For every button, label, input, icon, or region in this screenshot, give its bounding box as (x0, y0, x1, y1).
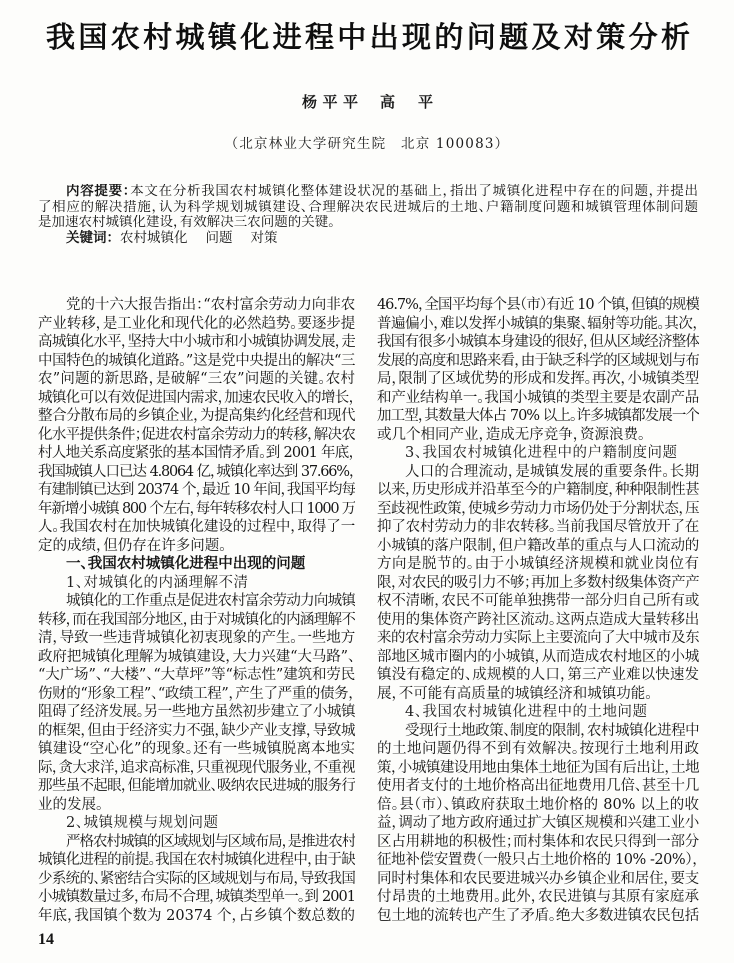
text-line: 产业转移，是工业化和现代化的必然趋势。要逐步提 (38, 315, 355, 334)
text-line: 小城镇的落户限制，但户籍改革的重点与人口流动的 (377, 537, 699, 556)
abstract-line: 了相应的解决措施，认为科学规划城镇建设、合理解决农民进城后的土地、户籍制度问题和… (38, 200, 698, 216)
text-line: 城镇化进程的前提。我国在农村城镇化进程中，由于缺 (38, 851, 355, 870)
keyword: 农村城镇化 (120, 230, 188, 246)
text-line: 伤财的“形象工程”、“政绩工程”，产生了严重的债务， (38, 685, 355, 704)
subsection-heading: 1、对城镇化的内涵理解不清 (38, 574, 355, 593)
text-line: 我国城镇人口已达 4.8064 亿，城镇化率达到 37.66%， (38, 463, 355, 482)
text-line: 我国有很多小城镇本身建设的很好，但从区域经济整体 (377, 333, 699, 352)
left-column: 党的十六大报告指出：“农村富余劳动力向非农 产业转移，是工业化和现代化的必然趋势… (38, 296, 355, 925)
text-line: 党的十六大报告指出：“农村富余劳动力向非农 (38, 296, 355, 315)
text-line: 城镇化可以有效促进国内需求，加速农民收入的增长， (38, 389, 355, 408)
keyword: 问题 (206, 230, 233, 246)
article-title: 我国农村城镇化进程中出现的问题及对策分析 (46, 20, 690, 54)
text-line: 46.7%，全国平均每个县（市）有近 10 个镇，但镇的规模 (377, 296, 699, 315)
text-line: 人口的合理流动，是城镇发展的重要条件。长期 (377, 463, 699, 482)
text-line: 同时村集体和农民要进城兴办乡镇企业和居住，要支 (377, 870, 699, 889)
text-line: 以来，历史形成并沿革至今的户籍制度，种种限制性甚 (377, 481, 699, 500)
text-line: 益，调动了地方政府通过扩大镇区规模和兴建工业小 (377, 814, 699, 833)
abstract-block: 内容提要：本文在分析我国农村城镇化整体建设状况的基础上，指出了城镇化进程中存在的… (38, 184, 698, 246)
text-line: 城镇化的工作重点是促进农村富余劳动力向城镇 (38, 592, 355, 611)
text-line: 的土地问题仍得不到有效解决。按现行土地利用政 (377, 740, 699, 759)
text-line: 政府把城镇化理解为城镇建设，大力兴建“大马路”、 (38, 648, 355, 667)
text-line: 局，限制了区域优势的形成和发挥。再次，小城镇类型 (377, 370, 699, 389)
text-line: 普遍偏小，难以发挥小城镇的集聚、辐射等功能。其次， (377, 315, 699, 334)
subsection-heading: 3、我国农村城镇化进程中的户籍制度问题 (377, 444, 699, 463)
text-line: 中国特色的城镇化道路。”这是党中央提出的解决“三 (38, 352, 355, 371)
text-line: 农”问题的新思路，是破解“三农”问题的关键。农村 (38, 370, 355, 389)
right-column: 46.7%，全国平均每个县（市）有近 10 个镇，但镇的规模 普遍偏小，难以发挥… (377, 296, 699, 925)
text-line: 业的发展。 (38, 796, 355, 815)
text-line: 付昂贵的土地费用。此外，农民进镇与其原有家庭承 (377, 888, 699, 907)
text-line: 年新增小城镇 800 个左右，每年转移农村人口 1000 万 (38, 500, 355, 519)
text-line: 受现行土地政策、制度的限制，农村城镇化进程中 (377, 722, 699, 741)
text-line: 整合分散布局的乡镇企业，为提高集约化经营和现代 (38, 407, 355, 426)
page-number: 14 (38, 930, 54, 950)
abstract-line: 内容提要：本文在分析我国农村城镇化整体建设状况的基础上，指出了城镇化进程中存在的… (38, 184, 698, 200)
text-line: 高城镇化水平，坚持大中小城市和小城镇协调发展，走 (38, 333, 355, 352)
text-line: 镇没有稳定的、成规模的人口，第三产业难以快速发 (377, 666, 699, 685)
author-name: 高 平 (380, 92, 433, 112)
text-line: 转移，而在我国部分地区，由于对城镇化的内涵理解不 (38, 611, 355, 630)
text-line: 和产业结构单一。我国小城镇的类型主要是农副产品 (377, 389, 699, 408)
text-line: 限，对农民的吸引力不够；再加上多数村级集体资产产 (377, 574, 699, 593)
text-line: 至歧视性政策，使城乡劳动力市场仍处于分割状态，压 (377, 500, 699, 519)
text-line: 使用的集体资产跨社区流动。这两点造成大量转移出 (377, 611, 699, 630)
text-line: 展，不可能有高质量的城镇经济和城镇功能。 (377, 685, 699, 704)
text-line: 人。我国农村在加快城镇化建设的过程中，取得了一 (38, 518, 355, 537)
keywords-line: 关键词：农村城镇化问题对策 (38, 231, 698, 247)
text-line: 清，导致一些违背城镇化初衷现象的产生。一些地方 (38, 629, 355, 648)
text-line: 定的成绩，但仍存在许多问题。 (38, 537, 355, 556)
text-line: 策，小城镇建设用地由集体土地征为国有后出让，土地 (377, 759, 699, 778)
text-line: 严格农村城镇的区域规划与区域布局，是推进农村 (38, 833, 355, 852)
text-line: 村人地关系高度紧张的基本国情矛盾。到 2001 年底， (38, 444, 355, 463)
text-line: 年底，我国镇个数为 20374 个，占乡镇个数总数的 (38, 907, 355, 926)
abstract-text: 本文在分析我国农村城镇化整体建设状况的基础上，指出了城镇化进程中存在的问题，并提… (130, 184, 698, 199)
text-line: 使用者支付的土地价格高出征地费用几倍、甚至十几 (377, 777, 699, 796)
abstract-line: 是加速农村城镇化建设，有效解决三农问题的关键。 (38, 215, 698, 231)
text-line: 镇建设“空心化”的现象。还有一些城镇脱离本地实 (38, 740, 355, 759)
text-line: 方向是脱节的。由于小城镇经济规模和就业岗位有 (377, 555, 699, 574)
section-heading: 一、我国农村城镇化进程中出现的问题 (38, 555, 355, 574)
text-line: 化水平提供条件；促进农村富余劳动力的转移，解决农 (38, 426, 355, 445)
text-line: 部地区城市圈内的小城镇，从而造成农村地区的小城 (377, 648, 699, 667)
subsection-heading: 4、我国农村城镇化进程中的土地问题 (377, 703, 699, 722)
text-line: 区占用耕地的积极性；而村集体和农民只得到一部分 (377, 833, 699, 852)
text-line: 小城镇数量过多，布局不合理，城镇类型单一。到 2001 (38, 888, 355, 907)
text-line: 来的农村富余劳动力实际上主要流向了大中城市及东 (377, 629, 699, 648)
affiliation: （北京林业大学研究生院 北京 100083） (0, 136, 734, 153)
text-line: 抑了农村劳动力的非农转移。当前我国尽管放开了在 (377, 518, 699, 537)
keywords-label: 关键词： (66, 230, 120, 246)
text-line: 加工型，其数量大体占 70% 以上。许多城镇都发展一个 (377, 407, 699, 426)
text-line: 发展的高度和思路来看，由于缺乏科学的区域规划与布 (377, 352, 699, 371)
text-line: “大广场”、“大楼”、“大草坪”等“标志性”建筑和劳民 (38, 666, 355, 685)
text-line: 倍。县（市）、镇政府获取土地价格的 80% 以上的收 (377, 796, 699, 815)
text-line: 征地补偿安置费（一般只占土地价格的 10% -20%）， (377, 851, 699, 870)
keyword: 对策 (251, 230, 278, 246)
text-line: 有建制镇已达到 20374 个，最近 10 年间，我国平均每 (38, 481, 355, 500)
text-line: 际，贪大求洋，追求高标准，只重视现代服务业，不重视 (38, 759, 355, 778)
text-line: 权不清晰，农民不可能单独携带一部分归自己所有或 (377, 592, 699, 611)
text-line: 包土地的流转也产生了矛盾。绝大多数进镇农民包括 (377, 907, 699, 926)
abstract-label: 内容提要： (66, 184, 130, 199)
subsection-heading: 2、城镇规模与规划问题 (38, 814, 355, 833)
text-line: 少系统的、紧密结合实际的区域规划与布局，导致我国 (38, 870, 355, 889)
text-line: 那些虽不起眼，但能增加就业、吸纳农民进城的服务行 (38, 777, 355, 796)
text-line: 的框架，但由于经济实力不强，缺少产业支撑，导致城 (38, 722, 355, 741)
author-name: 杨平平 (302, 92, 358, 112)
text-line: 或几个相同产业，造成无序竞争，资源浪费。 (377, 426, 699, 445)
text-line: 阻碍了经济发展。另一些地方虽然初步建立了小城镇 (38, 703, 355, 722)
